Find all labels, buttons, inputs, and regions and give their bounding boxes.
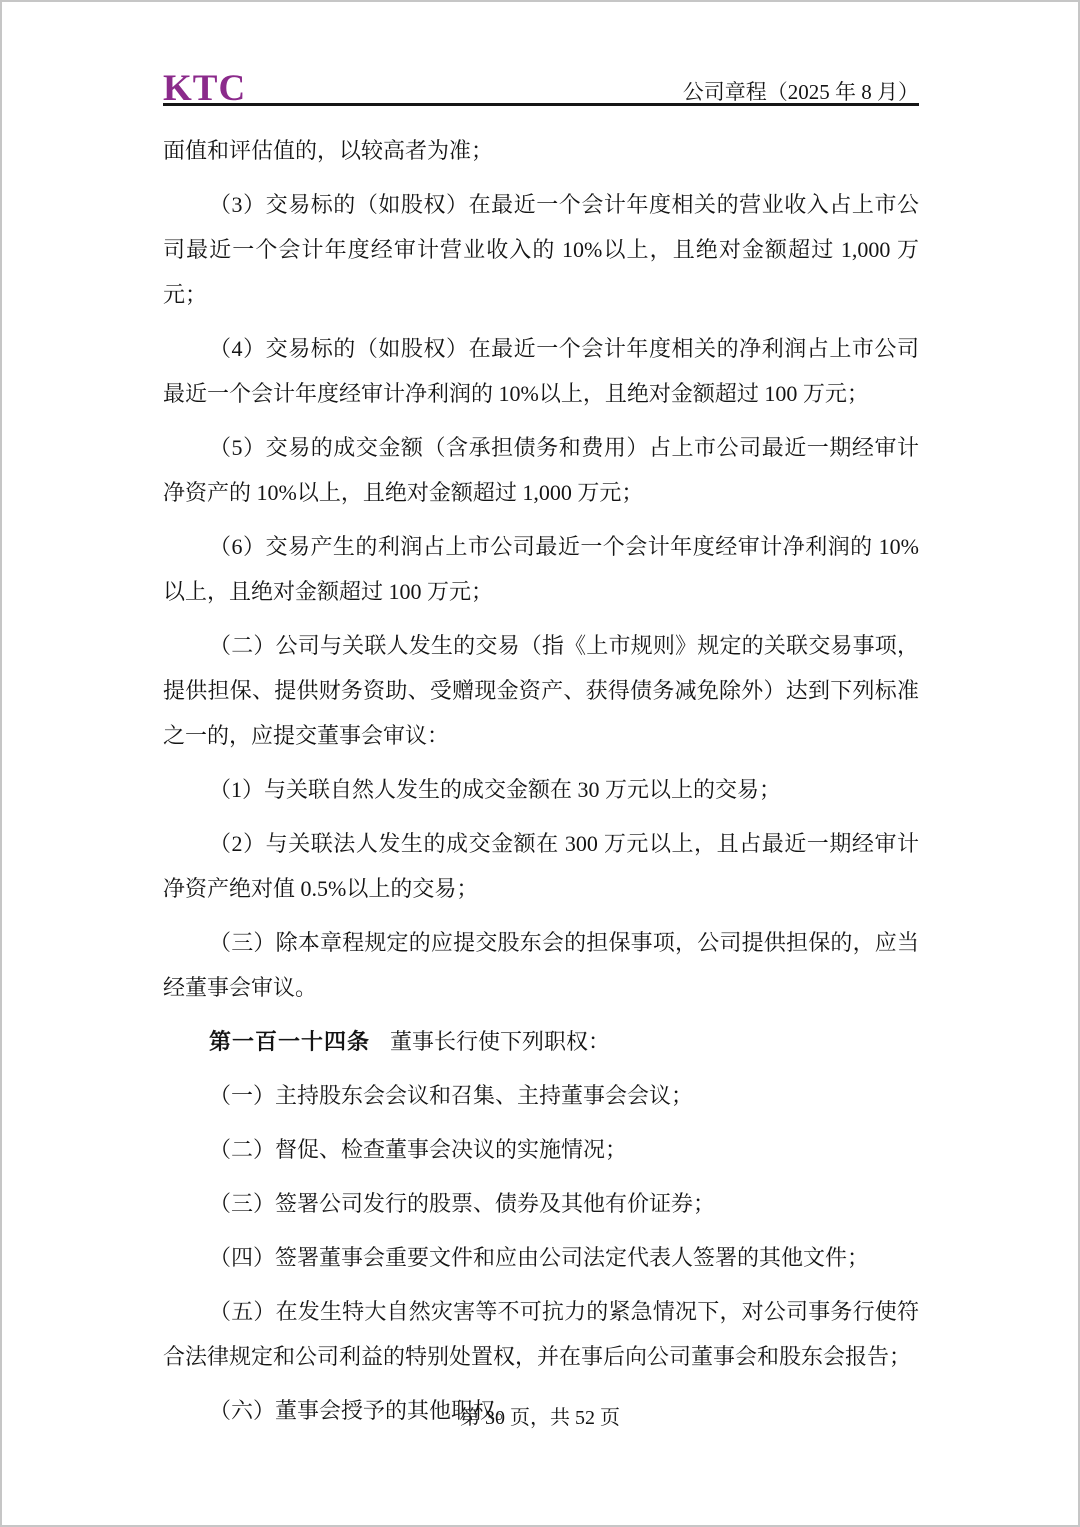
page-header: KTC 公司章程（2025 年 8 月） [163,68,919,106]
clause-6: （6）交易产生的利润占上市公司最近一个会计年度经审计净利润的 10%以上，且绝对… [163,524,919,614]
clause-ii-2: （2）与关联法人发生的成交金额在 300 万元以上，且占最近一期经审计净资产绝对… [163,821,919,911]
clause-ii-1: （1）与关联自然人发生的成交金额在 30 万元以上的交易； [163,767,919,812]
page-number: 第 30 页，共 52 页 [460,1407,620,1429]
continuation-paragraph: 面值和评估值的，以较高者为准； [163,128,919,173]
duty-4: （四）签署董事会重要文件和应由公司法定代表人签署的其他文件； [163,1235,919,1280]
article-114-number: 第一百一十四条 [209,1029,370,1054]
clause-iii: （三）除本章程规定的应提交股东会的担保事项，公司提供担保的，应当经董事会审议。 [163,920,919,1010]
clause-5: （5）交易的成交金额（含承担债务和费用）占上市公司最近一期经审计净资产的 10%… [163,425,919,515]
clause-3: （3）交易标的（如股权）在最近一个会计年度相关的营业收入占上市公司最近一个会计年… [163,182,919,317]
article-114-heading: 第一百一十四条董事长行使下列职权： [163,1019,919,1064]
company-logo: KTC [163,72,246,106]
document-page: KTC 公司章程（2025 年 8 月） 面值和评估值的，以较高者为准； （3）… [0,0,1080,1527]
clause-ii: （二）公司与关联人发生的交易（指《上市规则》规定的关联交易事项，提供担保、提供财… [163,623,919,758]
document-title: 公司章程（2025 年 8 月） [683,80,919,104]
duty-1: （一）主持股东会会议和召集、主持董事会会议； [163,1073,919,1118]
duty-2: （二）督促、检查董事会决议的实施情况； [163,1127,919,1172]
document-body: 面值和评估值的，以较高者为准； （3）交易标的（如股权）在最近一个会计年度相关的… [163,128,919,1442]
duty-3: （三）签署公司发行的股票、债券及其他有价证券； [163,1181,919,1226]
page-footer: 第 30 页，共 52 页 [2,1405,1078,1431]
duty-5: （五）在发生特大自然灾害等不可抗力的紧急情况下，对公司事务行使符合法律规定和公司… [163,1289,919,1379]
article-114-intro: 董事长行使下列职权： [390,1029,610,1054]
header-divider [163,103,919,106]
clause-4: （4）交易标的（如股权）在最近一个会计年度相关的净利润占上市公司最近一个会计年度… [163,326,919,416]
